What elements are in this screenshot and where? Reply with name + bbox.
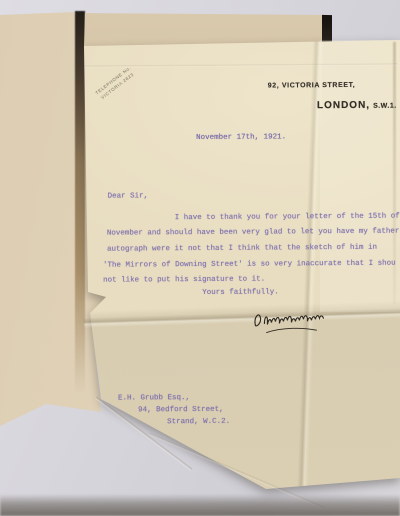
body-line-2: November and should have been very glad …	[107, 228, 400, 238]
body-line-5: not like to put his signature to it.	[103, 276, 265, 285]
telephone-stamp: TELEPHONE No. VICTORIA 2823	[94, 64, 137, 102]
recipient-name: E.H. Grubb Esq.,	[118, 394, 190, 403]
body-line-1: I have to thank you for your letter of t…	[175, 213, 400, 223]
body-line-4: 'The Mirrors of Downing Street' is so ve…	[103, 260, 396, 270]
letterhead-city-line: LONDON, S.W.1.	[317, 100, 397, 112]
letterhead-district: S.W.1.	[373, 103, 397, 110]
recipient-area: Strand, W.C.2.	[167, 418, 230, 426]
salutation: Dear Sir,	[108, 192, 149, 200]
recipient-street: 94, Bedford Street,	[138, 406, 224, 415]
body-line-3: autograph were it not that I think that …	[107, 244, 377, 254]
letterhead-city: LONDON,	[317, 100, 370, 111]
photo-of-letter-in-book: TELEPHONE No. VICTORIA 2823 92, VICTORIA…	[0, 0, 400, 516]
table-shadow	[0, 494, 400, 516]
closing: Yours faithfully.	[202, 288, 279, 297]
handwritten-signature-ink	[250, 304, 328, 339]
typed-date: November 17th, 1921.	[196, 133, 286, 142]
letterhead-street: 92, VICTORIA STREET,	[268, 82, 356, 90]
